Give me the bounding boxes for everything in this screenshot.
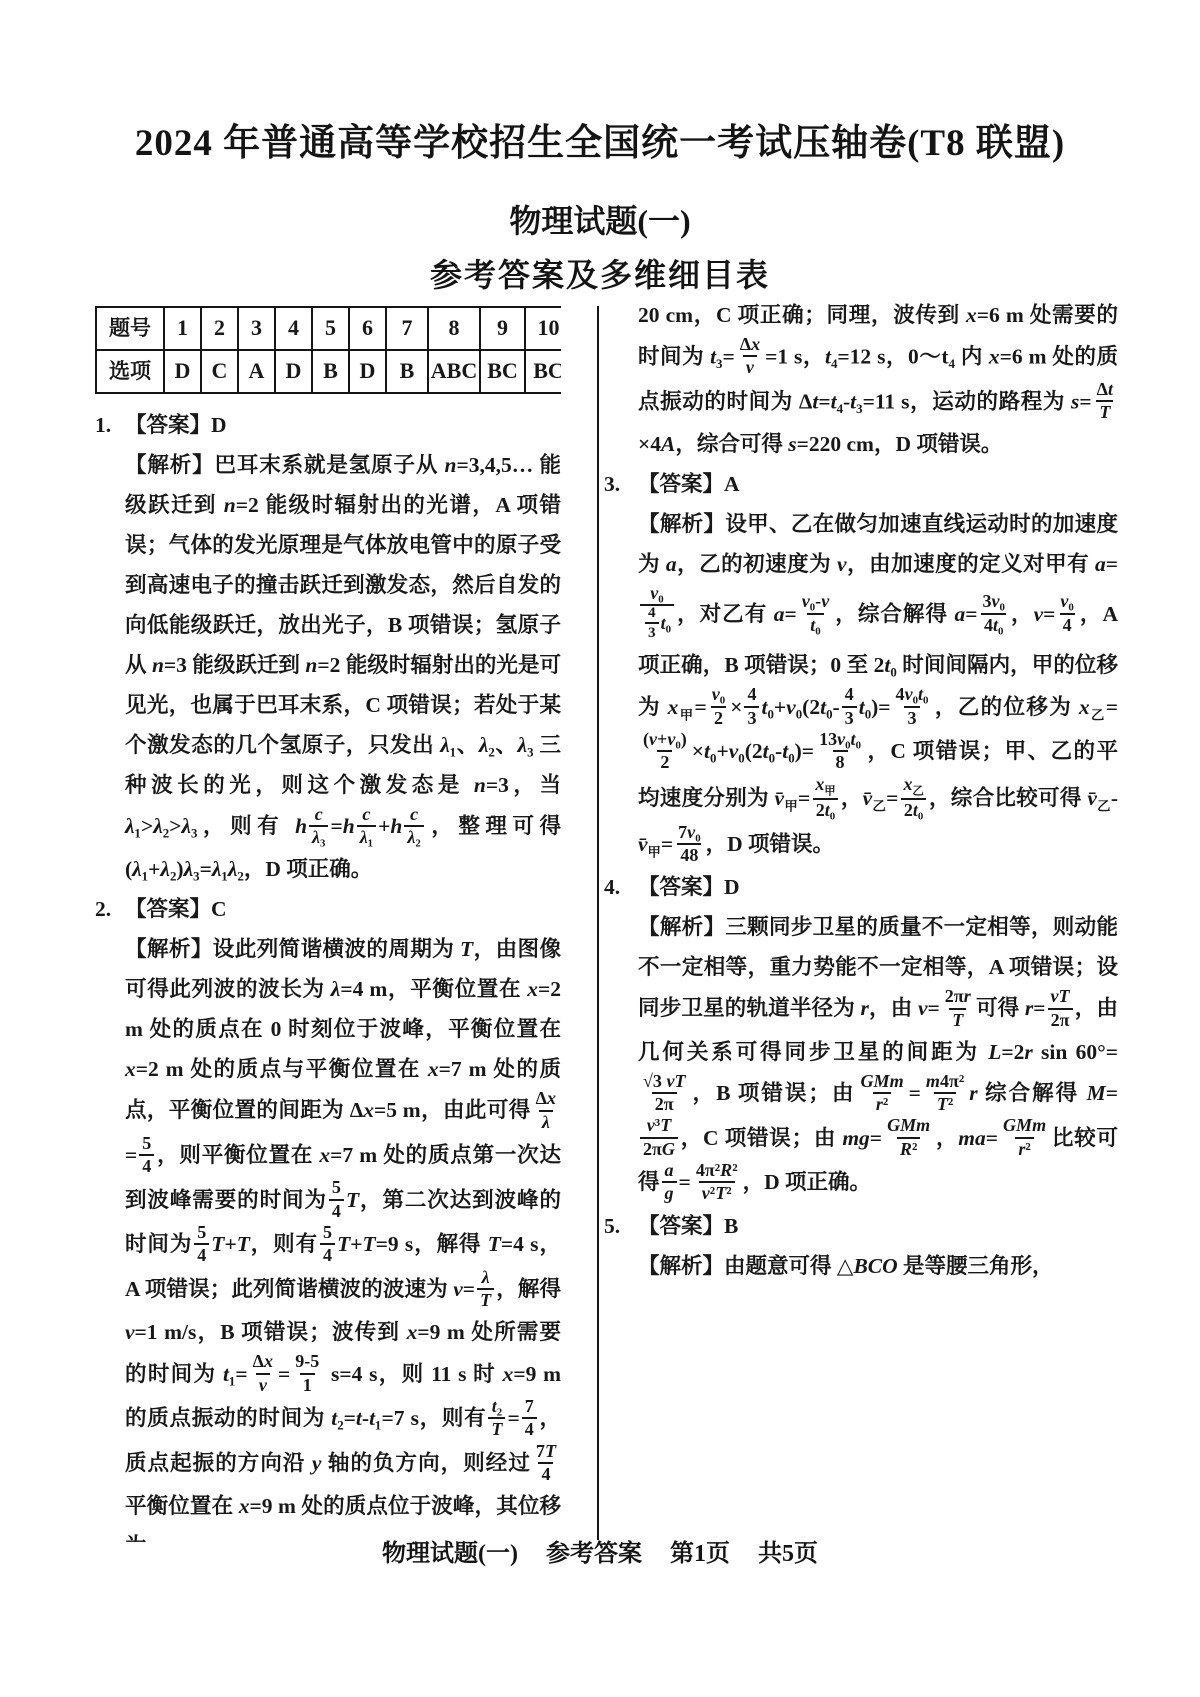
analysis-paragraph: 【解析】设此列简谐横波的周期为 T，由图像可得此列波的波长为 λ=4 m，平衡位… <box>125 930 561 1542</box>
solution-item-2: 2. 【答案】C 【解析】设此列简谐横波的周期为 T，由图像可得此列波的波长为 … <box>95 890 561 1542</box>
page-title: 2024 年普通高等学校招生全国统一考试压轴卷(T8 联盟) <box>0 112 1200 166</box>
analysis-label: 【解析】 <box>638 915 725 939</box>
solution-item-5: 5. 【答案】B 【解析】由题意可得 △BCO 是等腰三角形， <box>604 1207 1118 1287</box>
column-divider <box>597 306 599 1540</box>
item-number: 4. <box>604 868 638 908</box>
footer-doc-title: 物理试题(一) <box>382 1533 518 1568</box>
question-number-cell: 7 <box>386 307 428 350</box>
answer-value: C <box>211 897 227 921</box>
answer-label: 【答案】 <box>125 897 211 921</box>
item-number: 5. <box>604 1207 638 1247</box>
choice-header-cell: 选项 <box>96 350 164 393</box>
solution-item-4: 4. 【答案】D 【解析】三颗同步卫星的质量不一定相等，则动能不一定相等，重力势… <box>604 868 1118 1206</box>
answer-line: 【答案】C <box>125 890 561 930</box>
item-body: 【答案】A 【解析】设甲、乙在做匀加速直线运动时的加速度为 a，乙的初速度为 v… <box>638 465 1118 868</box>
choice-cell: B <box>312 350 349 393</box>
page-section-title: 参考答案及多维细目表 <box>0 250 1200 296</box>
question-number-cell: 8 <box>428 307 480 350</box>
footer-page-number: 第1页 <box>670 1533 730 1568</box>
analysis-paragraph: 【解析】由题意可得 △BCO 是等腰三角形， <box>638 1247 1118 1287</box>
question-number-row: 题号 1 2 3 4 5 6 7 8 9 10 <box>96 307 561 350</box>
choice-cell: B <box>386 350 428 393</box>
analysis-label: 【解析】 <box>125 453 215 477</box>
item-body: 【答案】C 【解析】设此列简谐横波的周期为 T，由图像可得此列波的波长为 λ=4… <box>125 890 561 1542</box>
answer-line: 【答案】A <box>638 465 1118 505</box>
analysis-label: 【解析】 <box>638 1254 724 1278</box>
analysis-text: 三颗同步卫星的质量不一定相等，则动能不一定相等，重力势能不一定相等，A 项错误；… <box>638 915 1118 1194</box>
analysis-text: 由题意可得 △BCO 是等腰三角形， <box>724 1254 1054 1278</box>
item-number: 2. <box>95 890 125 930</box>
solution-item-3: 3. 【答案】A 【解析】设甲、乙在做匀加速直线运动时的加速度为 a，乙的初速度… <box>604 465 1118 868</box>
choice-cell: D <box>349 350 386 393</box>
question-number-cell: 9 <box>480 307 525 350</box>
item-body: 【答案】D 【解析】三颗同步卫星的质量不一定相等，则动能不一定相等，重力势能不一… <box>638 868 1118 1206</box>
choice-cell: BC <box>480 350 525 393</box>
choice-cell: D <box>164 350 201 393</box>
analysis-label: 【解析】 <box>125 937 213 961</box>
answer-key-table: 题号 1 2 3 4 5 6 7 8 9 10 选项 D C A D B D B <box>95 306 561 394</box>
question-number-cell: 1 <box>164 307 201 350</box>
choice-cell: A <box>238 350 275 393</box>
solution-item-1: 1. 【答案】D 【解析】巴耳末系就是氢原子从 n=3,4,5… 能级跃迁到 n… <box>95 406 561 890</box>
question-number-cell: 4 <box>275 307 312 350</box>
answer-line: 【答案】D <box>638 868 1118 908</box>
question-number-cell: 3 <box>238 307 275 350</box>
answer-line: 【答案】D <box>125 406 561 446</box>
answer-value: B <box>724 1214 738 1238</box>
choice-cell: BC <box>525 350 561 393</box>
right-column: 20 cm，C 项正确；同理，波传到 x=6 m 处需要的时间为 t₃=Δxv=… <box>604 296 1118 1542</box>
left-column: 题号 1 2 3 4 5 6 7 8 9 10 选项 D C A D B D B <box>95 306 561 1542</box>
analysis-paragraph: 【解析】设甲、乙在做匀加速直线运动时的加速度为 a，乙的初速度为 v，由加速度的… <box>638 505 1118 868</box>
choice-row: 选项 D C A D B D B ABC BC BC <box>96 350 561 393</box>
item-body: 【答案】B 【解析】由题意可得 △BCO 是等腰三角形， <box>638 1207 1118 1287</box>
item-number: 1. <box>95 406 125 446</box>
answer-line: 【答案】B <box>638 1207 1118 1247</box>
question-number-cell: 10 <box>525 307 561 350</box>
answer-label: 【答案】 <box>125 413 211 437</box>
answer-label: 【答案】 <box>638 875 724 899</box>
question-number-cell: 5 <box>312 307 349 350</box>
exam-answer-sheet-page: 2024 年普通高等学校招生全国统一考试压轴卷(T8 联盟) 物理试题(一) 参… <box>0 0 1200 1697</box>
item-body: 【答案】D 【解析】巴耳末系就是氢原子从 n=3,4,5… 能级跃迁到 n=2 … <box>125 406 561 890</box>
analysis-text: 设甲、乙在做匀加速直线运动时的加速度为 a，乙的初速度为 v，由加速度的定义对甲… <box>638 512 1118 856</box>
choice-cell: C <box>201 350 238 393</box>
answer-label: 【答案】 <box>638 472 724 496</box>
analysis-text: 设此列简谐横波的周期为 T，由图像可得此列波的波长为 λ=4 m，平衡位置在 x… <box>125 937 561 1542</box>
footer-page-total: 共5页 <box>758 1533 818 1568</box>
analysis-text: 巴耳末系就是氢原子从 n=3,4,5… 能级跃迁到 n=2 能级时辐射出的光谱，… <box>125 453 561 881</box>
answer-value: D <box>724 875 740 899</box>
analysis-continuation: 20 cm，C 项正确；同理，波传到 x=6 m 处需要的时间为 t₃=Δxv=… <box>604 296 1118 465</box>
question-number-cell: 6 <box>349 307 386 350</box>
analysis-paragraph: 【解析】三颗同步卫星的质量不一定相等，则动能不一定相等，重力势能不一定相等，A … <box>638 908 1118 1206</box>
page-subtitle: 物理试题(一) <box>0 196 1200 242</box>
analysis-paragraph: 【解析】巴耳末系就是氢原子从 n=3,4,5… 能级跃迁到 n=2 能级时辐射出… <box>125 446 561 890</box>
answer-value: D <box>211 413 227 437</box>
item-number: 3. <box>604 465 638 505</box>
analysis-label: 【解析】 <box>638 512 725 536</box>
answer-value: A <box>724 472 740 496</box>
footer-section: 参考答案 <box>546 1533 642 1568</box>
question-number-header-cell: 题号 <box>96 307 164 350</box>
choice-cell: ABC <box>428 350 480 393</box>
page-footer: 物理试题(一) 参考答案 第1页 共5页 <box>0 1533 1200 1568</box>
answer-label: 【答案】 <box>638 1214 724 1238</box>
choice-cell: D <box>275 350 312 393</box>
question-number-cell: 2 <box>201 307 238 350</box>
document-header: 2024 年普通高等学校招生全国统一考试压轴卷(T8 联盟) 物理试题(一) 参… <box>0 112 1200 296</box>
